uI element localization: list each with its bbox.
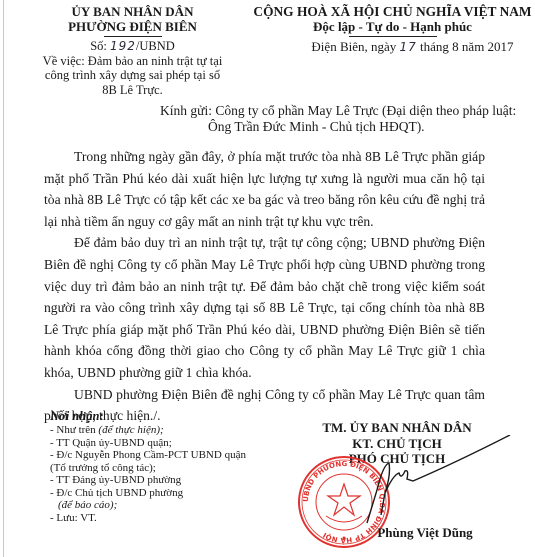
body-paragraph-2: Để đảm bảo duy trì an ninh trật tự, trật…: [44, 232, 485, 383]
recipients-item: - TT Đảng ủy-UBND phường: [50, 474, 280, 487]
recipients-item: (để báo cáo);: [50, 499, 280, 512]
national-title: CỘNG HOÀ XÃ HỘI CHỦ NGHĨA VIỆT NAM: [250, 4, 535, 19]
handwritten-day: 17: [400, 40, 417, 54]
issuer-line-2: PHƯỜNG ĐIỆN BIÊN: [40, 19, 225, 34]
subject-line-2: công trình xây dựng sai phép tại số: [40, 68, 225, 83]
recipients-list: Nơi nhận: - Như trên (để thực hiện); - T…: [50, 409, 280, 524]
recipient-line-1: Kính gửi: Công ty cổ phần May Lê Trực (Đ…: [160, 103, 530, 119]
signature-line-1: TM. ỦY BAN NHÂN DÂN: [312, 420, 482, 436]
national-motto: Độc lập - Tự do - Hạnh phúc: [250, 19, 535, 34]
recipients-item: - Đ/c Nguyễn Phong Cầm-PCT UBND quận: [50, 449, 280, 462]
recipients-item: - TT Quận ủy-UBND quận;: [50, 437, 280, 450]
recipient-block: Kính gửi: Công ty cổ phần May Lê Trực (Đ…: [160, 103, 530, 135]
issuer-header: ỦY BAN NHÂN DÂN PHƯỜNG ĐIỆN BIÊN Số: 192…: [40, 4, 225, 97]
recipients-item: - Đ/c Chủ tịch UBND phường: [50, 487, 280, 500]
issuer-underline: [104, 36, 162, 37]
reference-number: Số: 192/UBND: [40, 39, 225, 54]
page-edge-line: [3, 0, 4, 557]
national-header: CỘNG HOÀ XÃ HỘI CHỦ NGHĨA VIỆT NAM Độc l…: [250, 4, 535, 55]
motto-underline: [349, 36, 437, 37]
body-paragraph-1: Trong những ngày gần đây, ở phía mặt trư…: [44, 146, 485, 232]
recipients-item: (Tổ trưởng tổ công tác);: [50, 462, 280, 475]
recipients-item: - Như trên (để thực hiện);: [50, 424, 280, 437]
subject-line-3: 8B Lê Trực.: [40, 83, 225, 98]
recipient-line-2: Ông Trần Đức Minh - Chủ tịch HĐQT).: [160, 119, 530, 135]
handwritten-number: 192: [110, 39, 136, 53]
subject-line-1: Về việc: Đảm bảo an ninh trật tự tại: [40, 54, 225, 69]
recipients-title: Nơi nhận:: [50, 409, 280, 424]
handwritten-signature-icon: [355, 435, 535, 530]
recipients-item: - Lưu: VT.: [50, 512, 280, 525]
letter-body: Trong những ngày gần đây, ở phía mặt trư…: [44, 146, 485, 427]
document-date: Điện Biên, ngày 17 tháng 8 năm 2017: [250, 40, 535, 55]
issuer-line-1: ỦY BAN NHÂN DÂN: [40, 4, 225, 19]
signer-name: Phùng Việt Dũng: [350, 525, 500, 541]
